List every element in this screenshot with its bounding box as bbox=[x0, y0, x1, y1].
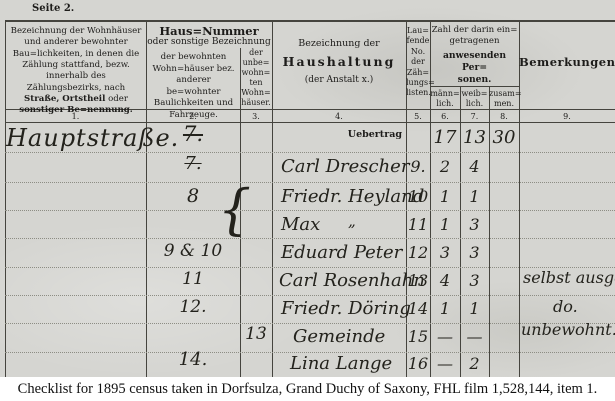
list-number: 11 bbox=[406, 215, 430, 234]
row-divider bbox=[5, 238, 615, 239]
row-divider bbox=[5, 210, 615, 211]
house-8-brace: { bbox=[218, 183, 251, 238]
colnum-7: 7. bbox=[460, 112, 489, 121]
female-count: 1 bbox=[460, 187, 489, 206]
female-count: — bbox=[460, 327, 489, 346]
list-number: 14 bbox=[406, 299, 430, 318]
colnum-8: 8. bbox=[489, 112, 519, 121]
list-number: 16 bbox=[406, 354, 430, 373]
household-name: Lina Lange bbox=[290, 353, 392, 374]
header-persons-group-line1: Zahl der darin ein= getragenen bbox=[430, 25, 519, 47]
row-divider bbox=[5, 295, 615, 296]
household-name: Friedr. Heyland bbox=[281, 186, 424, 207]
colnum-9: 9. bbox=[519, 112, 615, 121]
header-col9-remarks: Bemerkungen. bbox=[519, 55, 615, 69]
list-number: 9. bbox=[406, 157, 430, 176]
female-count: 4 bbox=[460, 157, 489, 176]
row-divider bbox=[5, 152, 615, 153]
male-count: 4 bbox=[430, 271, 460, 290]
header-hausnummer-subtitle: oder sonstige Bezeichnung bbox=[146, 37, 272, 47]
female-count: 3 bbox=[460, 271, 489, 290]
household-name: Gemeinde bbox=[293, 326, 385, 347]
colnum-1: 1. bbox=[5, 112, 146, 121]
census-scan-page: Seite 2. Bezeichnung der Wohnhäuser und … bbox=[0, 0, 615, 401]
caption-strip: Checklist for 1895 census taken in Dorfs… bbox=[0, 377, 615, 401]
house-number: 11 bbox=[146, 269, 240, 289]
male-count: 2 bbox=[430, 157, 460, 176]
remark: unbewohnt. bbox=[521, 320, 615, 339]
list-number: 12 bbox=[406, 243, 430, 262]
house-number: 9 & 10 bbox=[146, 241, 240, 261]
male-count: 3 bbox=[430, 243, 460, 262]
male-count: — bbox=[430, 354, 460, 373]
male-count: 17 bbox=[430, 127, 460, 148]
female-count: 3 bbox=[460, 215, 489, 234]
colnum-4: 4. bbox=[272, 112, 406, 121]
remark: selbst ausgefüllt bbox=[523, 268, 615, 287]
house-number: 14. bbox=[146, 349, 240, 370]
header-col7-female: weib= lich. bbox=[460, 89, 489, 109]
table-top-border bbox=[5, 20, 615, 22]
header-col6-male: männ= lich. bbox=[430, 89, 460, 109]
header-col3-uninhabited: der unbe= wohn= ten Wohn= häuser. bbox=[240, 48, 272, 108]
row-divider bbox=[5, 182, 615, 183]
female-count: 3 bbox=[460, 243, 489, 262]
list-number: 15 bbox=[406, 327, 430, 346]
female-count: 13 bbox=[460, 127, 489, 148]
scanned-paper: Seite 2. Bezeichnung der Wohnhäuser und … bbox=[0, 0, 615, 378]
male-count: 1 bbox=[430, 299, 460, 318]
header-col4-line1: Bezeichnung der bbox=[272, 38, 406, 49]
colnum-5: 5. bbox=[406, 112, 430, 121]
remark: do. bbox=[553, 297, 578, 316]
house-number: 7. bbox=[146, 153, 240, 174]
female-count: 1 bbox=[460, 299, 489, 318]
household-name: Carl Rosenhahn bbox=[279, 270, 425, 291]
header-col1-text: Bezeichnung der Wohnhäuser und anderer b… bbox=[11, 26, 142, 93]
header-col1-dwellings: Bezeichnung der Wohnhäuser und anderer b… bbox=[10, 26, 142, 117]
caption-text: Checklist for 1895 census taken in Dorfs… bbox=[18, 381, 598, 398]
header-col1-strasse: Straße, bbox=[24, 94, 59, 104]
list-number: 10 bbox=[406, 187, 430, 206]
colnum-2: 2. bbox=[146, 112, 240, 121]
carry-forward-label: Uebertrag bbox=[272, 129, 402, 140]
male-count: — bbox=[430, 327, 460, 346]
colnum-6: 6. bbox=[430, 112, 460, 121]
total-count: 30 bbox=[489, 127, 519, 148]
male-count: 1 bbox=[430, 215, 460, 234]
header-col5-listno: Lau= fende No. der Zäh= lungs= listen. bbox=[406, 26, 430, 99]
house-number-uninhabited: 13 bbox=[240, 324, 272, 344]
header-col4-haushaltung: Haushaltung bbox=[272, 54, 406, 69]
household-name: Eduard Peter bbox=[281, 242, 402, 263]
ditto-mark: „ bbox=[348, 212, 356, 230]
colnum-3: 3. bbox=[240, 112, 272, 121]
header-col1-ortstheil: Ortstheil bbox=[59, 94, 105, 104]
household-name: Friedr. Döring bbox=[281, 298, 411, 319]
header-col1-oder: oder bbox=[105, 94, 128, 104]
persons-group-divider-line bbox=[430, 86, 519, 87]
household-name: Max bbox=[281, 214, 320, 235]
female-count: 2 bbox=[460, 354, 489, 373]
header-col8-total: zusam= men. bbox=[489, 89, 519, 109]
page-label: Seite 2. bbox=[32, 3, 74, 14]
house-number: 7. bbox=[146, 122, 240, 146]
household-name: Carl Drescher bbox=[281, 156, 409, 177]
male-count: 1 bbox=[430, 187, 460, 206]
house-number: 12. bbox=[146, 297, 240, 317]
header-persons-group-line2: anwesenden Per= sonen. bbox=[430, 50, 519, 86]
col-divider-8-9 bbox=[519, 21, 520, 378]
header-col4-line3: (der Anstalt x.) bbox=[272, 75, 406, 85]
number-row-bottom-line bbox=[5, 122, 615, 123]
table-left-border bbox=[5, 21, 6, 378]
list-number: 13 bbox=[406, 271, 430, 290]
header-hausnummer-title: Haus=Nummer bbox=[146, 24, 272, 38]
